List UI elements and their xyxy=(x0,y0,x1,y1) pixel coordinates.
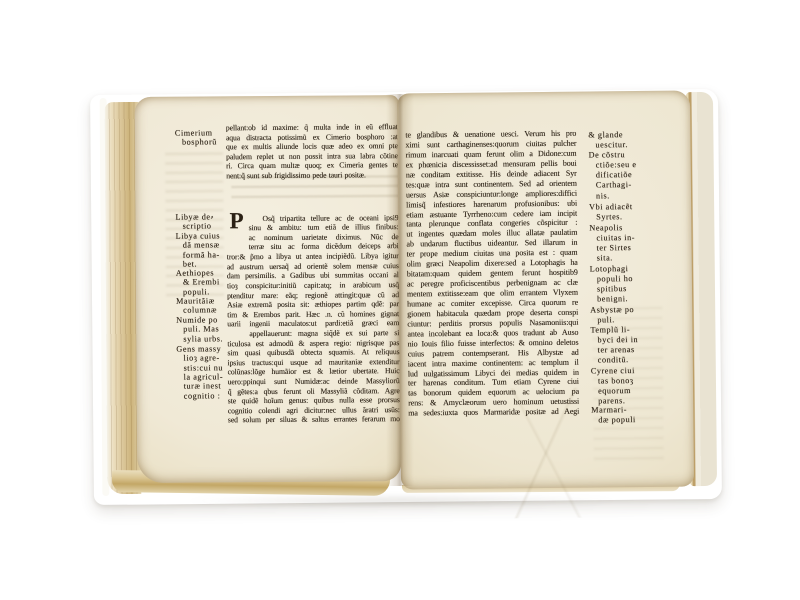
printed-text-line: ticulosaestadmodũ&asperaregio:nigrisquep… xyxy=(227,338,399,349)
margin-note: De cõstru ctiõe:seu e dificatiõe Carthag… xyxy=(589,150,669,202)
margin-note: Marmari- dæ populi xyxy=(591,405,670,426)
margin-note: Neapolis ciuitas in- ter Sirtes sita. xyxy=(589,223,668,264)
margin-note: Cyrene ciui tas bonoȝ equorum parens. xyxy=(591,366,670,407)
margin-note: Asbystæ po puli. xyxy=(590,305,669,326)
gutter-shadow xyxy=(386,94,414,486)
printed-text-line: masedes:iuxtaquosMarmaridæpositæadAegi xyxy=(408,407,579,419)
paragraph: pellant:obidmaxime:q̃multaindeineũefflua… xyxy=(226,122,398,181)
margin-note: & glande uescitur. xyxy=(588,130,667,151)
margin-note: Lotophagi populi ho spitibus benigni. xyxy=(590,264,669,305)
paragraph: Osq̃tripartitatellureacdeoceaniipsi9sinu… xyxy=(226,213,399,426)
photograph-background: Cimerium bosphorũLibyæ de⸗ scriptioLibya… xyxy=(0,0,800,600)
printed-text-line: tioȝconspicitur:initiũcapit:atq;inarabic… xyxy=(227,280,399,291)
right-page: teglandibus&uenationeuesci.Verumhisproxi… xyxy=(397,90,694,489)
right-page-margin-notes: & glande uescitur.De cõstru ctiõe:seu e … xyxy=(588,91,668,488)
right-page-body: teglandibus&uenationeuesci.Verumhisproxi… xyxy=(405,129,579,419)
printed-text-line: q̃gẽtes:aqbusferuntoliMassyliãcõditam.Ag… xyxy=(228,386,400,397)
left-page: Cimerium bosphorũLibyæ de⸗ scriptioLibya… xyxy=(135,95,402,483)
margin-note: Templũ li- byci dei in ter arenas condit… xyxy=(590,325,669,366)
printed-text-line: sedsolumpersiluas&saltuserrantesferarumm… xyxy=(228,415,400,426)
left-page-body: pellant:obidmaxime:q̃multaindeineũefflua… xyxy=(226,122,400,425)
printed-text-line: Osq̃tripartitatellureacdeoceaniipsi9 xyxy=(226,213,398,224)
book-shadow xyxy=(96,494,708,510)
printed-text-line: ri.Circaquammultæquoq;exCimeriagenteste xyxy=(226,161,398,172)
margin-note: Vbi adiacẽt Syrtes. xyxy=(589,202,668,223)
printed-text-line: nent:q̃suntsubfrigidissimopedetauriposit… xyxy=(226,170,398,181)
drop-cap-initial: P xyxy=(229,210,243,232)
